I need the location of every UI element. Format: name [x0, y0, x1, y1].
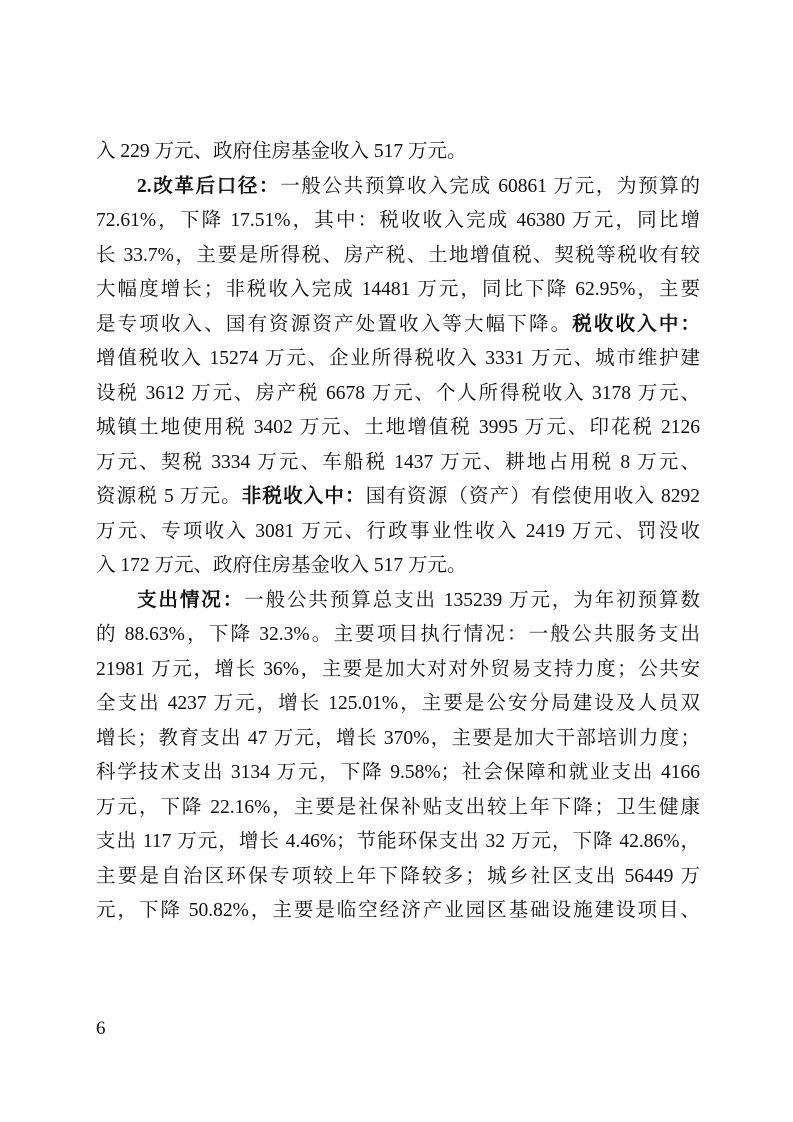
text-line: 增长；教育支出 47 万元，增长 370%，主要是加大干部培训力度； [96, 722, 700, 757]
body-text-segment: 国有资源（资产）有偿使用收入 8292 [366, 486, 700, 507]
text-line: 入 172 万元、政府住房基金收入 517 万元。 [96, 549, 700, 584]
text-line: 科学技术支出 3134 万元，下降 9.58%；社会保障和就业支出 4166 [96, 756, 700, 791]
body-text: 入 229 万元、政府住房基金收入 517 万元。2.改革后口径：一般公共预算收… [96, 135, 700, 929]
body-text-segment: 万元、专项收入 3081 万元、行政事业性收入 2419 万元、罚没收 [96, 521, 700, 542]
body-text-segment: 入 172 万元、政府住房基金收入 517 万元。 [96, 555, 467, 576]
text-line: 万元、契税 3334 万元、车船税 1437 万元、耕地占用税 8 万元、 [96, 446, 700, 481]
body-text-segment: 72.61%，下降 17.51%，其中：税收收入完成 46380 万元，同比增 [96, 210, 700, 231]
text-line: 2.改革后口径：一般公共预算收入完成 60861 万元，为预算的 [96, 170, 700, 205]
bold-heading-text: 非税收入中： [242, 486, 366, 507]
text-line: 大幅度增长；非税收入完成 14481 万元，同比下降 62.95%，主要 [96, 273, 700, 308]
text-line: 增值税收入 15274 万元、企业所得税收入 3331 万元、城市维护建 [96, 342, 700, 377]
text-line: 的 88.63%，下降 32.3%。主要项目执行情况：一般公共服务支出 [96, 618, 700, 653]
text-line: 72.61%，下降 17.51%，其中：税收收入完成 46380 万元，同比增 [96, 204, 700, 239]
page-number: 6 [96, 1018, 106, 1040]
body-text-segment: 一般公共预算收入完成 60861 万元，为预算的 [280, 176, 700, 197]
body-text-segment: 科学技术支出 3134 万元，下降 9.58%；社会保障和就业支出 4166 [96, 762, 700, 783]
body-text-segment: 元，下降 50.82%，主要是临空经济产业园区基础设施建设项目、 [96, 900, 700, 921]
text-line: 元，下降 50.82%，主要是临空经济产业园区基础设施建设项目、 [96, 894, 700, 929]
text-line: 城镇土地使用税 3402 万元、土地增值税 3995 万元、印花税 2126 [96, 411, 700, 446]
body-text-segment: 21981 万元，增长 36%，主要是加大对对外贸易支持力度；公共安 [96, 659, 700, 680]
text-line: 支出 117 万元，增长 4.46%；节能环保支出 32 万元，下降 42.86… [96, 825, 700, 860]
text-line: 全支出 4237 万元，增长 125.01%，主要是公安分局建设及人员双 [96, 687, 700, 722]
body-text-segment: 增长；教育支出 47 万元，增长 370%，主要是加大干部培训力度； [96, 728, 700, 749]
bold-heading-text: 支出情况： [137, 590, 244, 611]
body-text-segment: 城镇土地使用税 3402 万元、土地增值税 3995 万元、印花税 2126 [96, 417, 700, 438]
body-text-segment: 大幅度增长；非税收入完成 14481 万元，同比下降 62.95%，主要 [96, 279, 700, 300]
body-text-segment: 全支出 4237 万元，增长 125.01%，主要是公安分局建设及人员双 [96, 693, 700, 714]
bold-heading-text: 税收收入中： [572, 314, 700, 335]
body-text-segment: 是专项收入、国有资源资产处置收入等大幅下降。 [96, 314, 572, 335]
body-text-segment: 增值税收入 15274 万元、企业所得税收入 3331 万元、城市维护建 [96, 348, 700, 369]
body-text-segment: 一般公共预算总支出 135239 万元，为年初预算数 [244, 590, 700, 611]
bold-heading-text: 2.改革后口径： [137, 176, 280, 197]
body-text-segment: 支出 117 万元，增长 4.46%；节能环保支出 32 万元，下降 42.86… [96, 831, 700, 852]
body-text-segment: 设税 3612 万元、房产税 6678 万元、个人所得税收入 3178 万元、 [96, 383, 700, 404]
text-line: 入 229 万元、政府住房基金收入 517 万元。 [96, 135, 700, 170]
body-text-segment: 万元，下降 22.16%，主要是社保补贴支出较上年下降；卫生健康 [96, 797, 700, 818]
text-line: 设税 3612 万元、房产税 6678 万元、个人所得税收入 3178 万元、 [96, 377, 700, 412]
text-line: 资源税 5 万元。非税收入中：国有资源（资产）有偿使用收入 8292 [96, 480, 700, 515]
body-text-segment: 的 88.63%，下降 32.3%。主要项目执行情况：一般公共服务支出 [96, 624, 700, 645]
document-page: 入 229 万元、政府住房基金收入 517 万元。2.改革后口径：一般公共预算收… [0, 0, 793, 1122]
text-line: 是专项收入、国有资源资产处置收入等大幅下降。税收收入中： [96, 308, 700, 343]
body-text-segment: 资源税 5 万元。 [96, 486, 242, 507]
text-line: 支出情况：一般公共预算总支出 135239 万元，为年初预算数 [96, 584, 700, 619]
body-text-segment: 入 229 万元、政府住房基金收入 517 万元。 [96, 141, 467, 162]
body-text-segment: 主要是自治区环保专项较上年下降较多；城乡社区支出 56449 万 [96, 866, 700, 887]
text-line: 万元、专项收入 3081 万元、行政事业性收入 2419 万元、罚没收 [96, 515, 700, 550]
body-text-segment: 长 33.7%，主要是所得税、房产税、土地增值税、契税等税收有较 [96, 245, 700, 266]
text-line: 主要是自治区环保专项较上年下降较多；城乡社区支出 56449 万 [96, 860, 700, 895]
body-text-segment: 万元、契税 3334 万元、车船税 1437 万元、耕地占用税 8 万元、 [96, 452, 700, 473]
text-line: 万元，下降 22.16%，主要是社保补贴支出较上年下降；卫生健康 [96, 791, 700, 826]
text-line: 21981 万元，增长 36%，主要是加大对对外贸易支持力度；公共安 [96, 653, 700, 688]
text-line: 长 33.7%，主要是所得税、房产税、土地增值税、契税等税收有较 [96, 239, 700, 274]
